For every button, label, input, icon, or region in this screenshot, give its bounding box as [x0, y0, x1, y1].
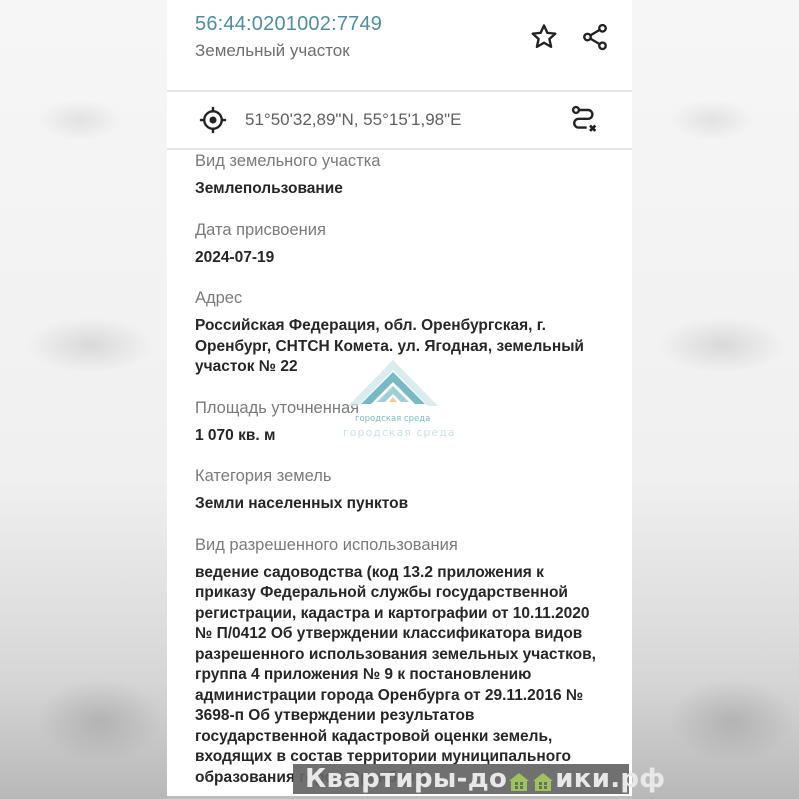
field-area: Площадь уточненная 1 070 кв. м: [195, 398, 604, 447]
field-label: Вид земельного участка: [195, 151, 604, 171]
field-permitted-use: Вид разрешенного использования ведение с…: [195, 535, 604, 789]
favorite-button[interactable]: [527, 20, 561, 54]
share-button[interactable]: [578, 20, 612, 54]
blurred-background-right: [632, 0, 799, 799]
field-parcel-kind: Вид земельного участка Землепользование: [195, 150, 604, 200]
star-icon: [529, 22, 559, 52]
field-value: Землепользование: [195, 179, 604, 200]
parcel-info-panel: 56:44:0201002:7749 Земельный участок 5: [167, 0, 632, 796]
site-watermark-suffix: ики.рф: [555, 764, 665, 794]
field-label: Вид разрешенного использования: [195, 535, 604, 555]
field-assignment-date: Дата присвоения 2024-07-19: [195, 220, 604, 269]
blurred-background-left: [0, 0, 167, 799]
coordinates-row: 51°50'32,89"N, 55°15'1,98"E: [167, 92, 632, 148]
site-watermark: Квартиры-до ики.рф: [293, 764, 629, 794]
field-value: Земли населенных пунктов: [195, 494, 604, 515]
field-value: 1 070 кв. м: [195, 426, 604, 447]
parcel-fields: Вид земельного участка Землепользование …: [167, 150, 632, 788]
field-address: Адрес Российская Федерация, обл. Оренбур…: [195, 288, 604, 378]
house-icon: [532, 769, 554, 789]
field-value: 2024-07-19: [195, 248, 604, 269]
parcel-header: 56:44:0201002:7749 Земельный участок: [167, 0, 632, 90]
field-label: Категория земель: [195, 466, 604, 486]
route-icon: [568, 104, 600, 136]
field-label: Дата присвоения: [195, 220, 604, 240]
field-label: Площадь уточненная: [195, 398, 604, 418]
object-type: Земельный участок: [195, 41, 350, 61]
cadastral-number[interactable]: 56:44:0201002:7749: [195, 13, 382, 36]
coordinates-text[interactable]: 51°50'32,89"N, 55°15'1,98"E: [245, 110, 461, 130]
share-icon: [580, 22, 610, 52]
route-button[interactable]: [567, 103, 601, 137]
field-value: ведение садоводства (код 13.2 приложения…: [195, 563, 604, 789]
target-icon: [198, 105, 228, 135]
house-icon: [508, 769, 530, 789]
field-land-category: Категория земель Земли населенных пункто…: [195, 466, 604, 515]
field-label: Адрес: [195, 288, 604, 308]
site-watermark-prefix: Квартиры-до: [305, 764, 507, 794]
locate-button[interactable]: [196, 103, 230, 137]
field-value: Российская Федерация, обл. Оренбургская,…: [195, 316, 604, 378]
